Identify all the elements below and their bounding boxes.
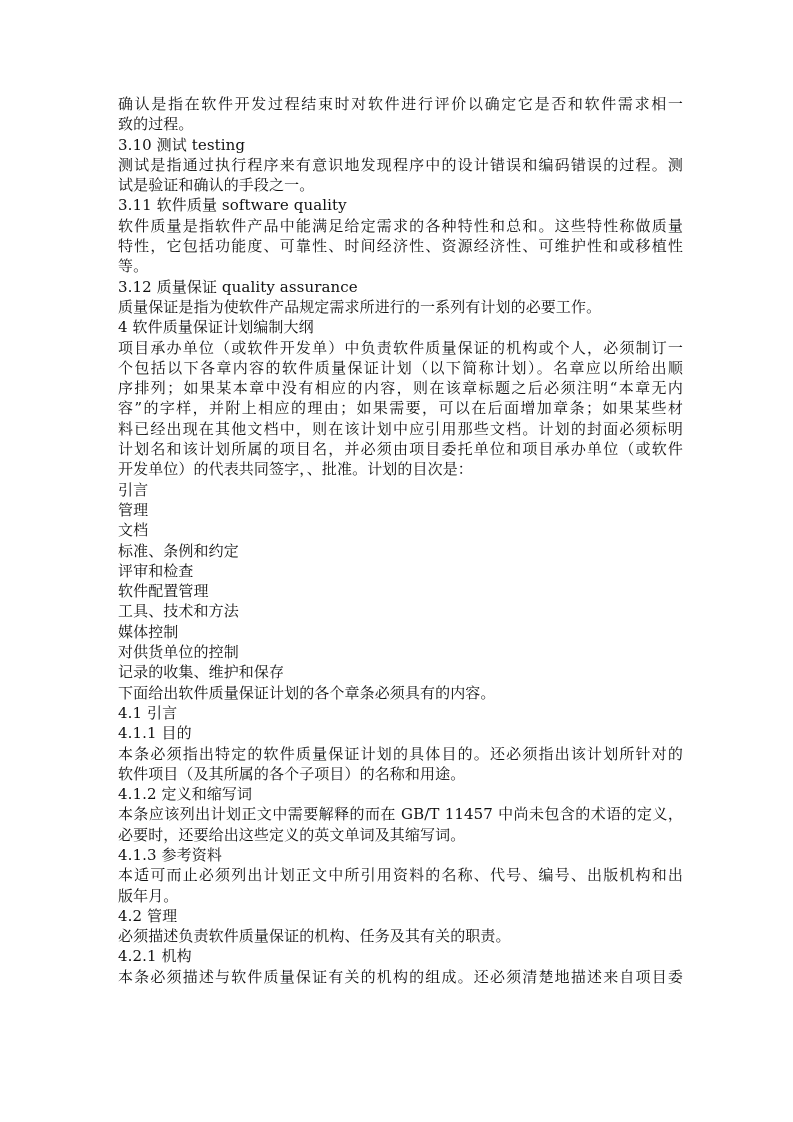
body-text-line: 本条必须描述与软件质量保证有关的机构的组成。还必须清楚地描述来自项目委 — [118, 967, 683, 987]
body-text-line: 版年月。 — [118, 886, 683, 906]
body-text-line: 下面给出软件质量保证计划的各个章条必须具有的内容。 — [118, 683, 683, 703]
section-heading: 3.11 软件质量 software quality — [118, 195, 683, 215]
body-text-line: 容”的字样，并附上相应的理由；如果需要，可以在后面增加章条；如果某些材 — [118, 398, 683, 418]
toc-list-item: 引言 — [118, 480, 683, 500]
section-heading: 3.10 测试 testing — [118, 135, 683, 155]
section-heading: 4.1.3 参考资料 — [118, 845, 683, 865]
toc-list-item: 媒体控制 — [118, 622, 683, 642]
body-text-line: 软件项目（及其所属的各个子项目）的名称和用途。 — [118, 764, 683, 784]
section-heading: 4.1.2 定义和缩写词 — [118, 784, 683, 804]
toc-list-item: 管理 — [118, 500, 683, 520]
toc-list-item: 对供货单位的控制 — [118, 642, 683, 662]
section-heading: 4 软件质量保证计划编制大纲 — [118, 317, 683, 337]
section-heading: 4.2 管理 — [118, 906, 683, 926]
document-page: 确认是指在软件开发过程结束时对软件进行评价以确定它是否和软件需求相一致的过程。3… — [118, 94, 683, 987]
toc-list-item: 软件配置管理 — [118, 581, 683, 601]
body-text-line: 等。 — [118, 256, 683, 276]
body-text-line: 个包括以下各章内容的软件质量保证计划（以下简称计划）。名章应以所给出顺 — [118, 358, 683, 378]
toc-list-item: 工具、技术和方法 — [118, 601, 683, 621]
body-text-line: 本条应该列出计划正文中需要解释的而在 GB/T 11457 中尚未包含的术语的定… — [118, 804, 683, 824]
body-text-line: 项目承办单位（或软件开发单）中负责软件质量保证的机构或个人，必须制订一 — [118, 338, 683, 358]
body-text-line: 试是验证和确认的手段之一。 — [118, 175, 683, 195]
body-text-line: 序排列；如果某本章中没有相应的内容，则在该章标题之后必须注明“本章无内 — [118, 378, 683, 398]
body-text-line: 质量保证是指为使软件产品规定需求所进行的一系列有计划的必要工作。 — [118, 297, 683, 317]
body-text-line: 本条必须指出特定的软件质量保证计划的具体目的。还必须指出该计划所针对的 — [118, 744, 683, 764]
section-heading: 4.1 引言 — [118, 703, 683, 723]
body-text-line: 开发单位）的代表共同签字，、批准。计划的目次是： — [118, 459, 683, 479]
body-text-line: 确认是指在软件开发过程结束时对软件进行评价以确定它是否和软件需求相一 — [118, 94, 683, 114]
section-heading: 4.1.1 目的 — [118, 723, 683, 743]
body-text-line: 本适可而止必须列出计划正文中所引用资料的名称、代号、编号、出版机构和出 — [118, 865, 683, 885]
toc-list-item: 文档 — [118, 520, 683, 540]
body-text-line: 料已经出现在其他文档中，则在该计划中应引用那些文档。计划的封面必须标明 — [118, 419, 683, 439]
toc-list-item: 评审和检查 — [118, 561, 683, 581]
body-text-line: 必要时，还要给出这些定义的英文单词及其缩写词。 — [118, 825, 683, 845]
toc-list-item: 标准、条例和约定 — [118, 541, 683, 561]
body-text-line: 软件质量是指软件产品中能满足给定需求的各种特性和总和。这些特性称做质量 — [118, 216, 683, 236]
body-text-line: 测试是指通过执行程序来有意识地发现程序中的设计错误和编码错误的过程。测 — [118, 155, 683, 175]
section-heading: 4.2.1 机构 — [118, 946, 683, 966]
body-text-line: 致的过程。 — [118, 114, 683, 134]
body-text-line: 必须描述负责软件质量保证的机构、任务及其有关的职责。 — [118, 926, 683, 946]
body-text-line: 计划名和该计划所属的项目名，并必须由项目委托单位和项目承办单位（或软件 — [118, 439, 683, 459]
toc-list-item: 记录的收集、维护和保存 — [118, 662, 683, 682]
section-heading: 3.12 质量保证 quality assurance — [118, 277, 683, 297]
body-text-line: 特性，它包括功能度、可靠性、时间经济性、资源经济性、可维护性和或移植性 — [118, 236, 683, 256]
